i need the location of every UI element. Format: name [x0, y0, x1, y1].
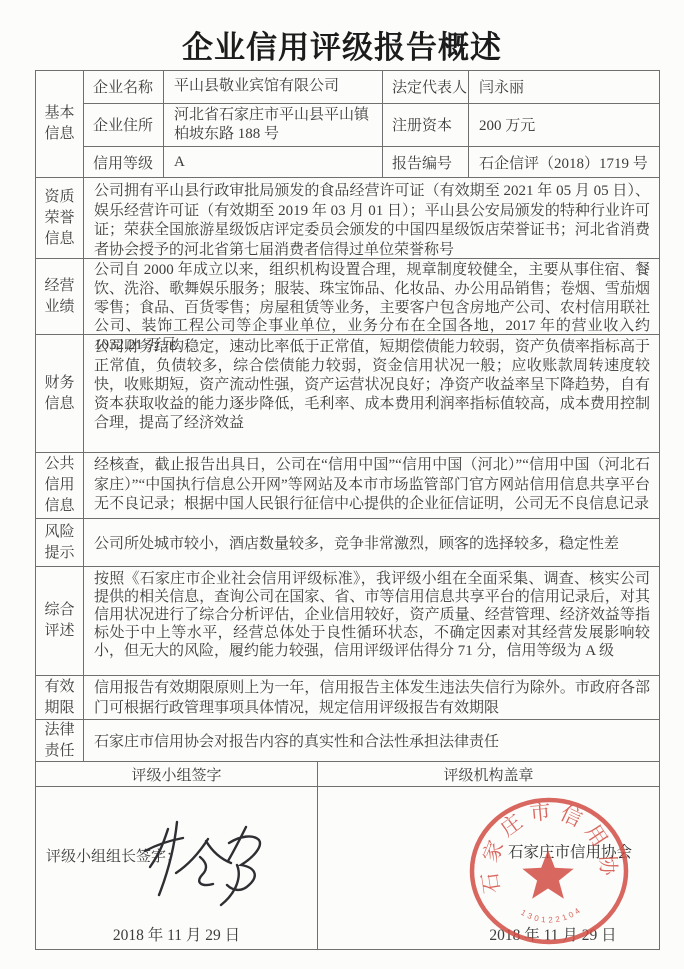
- table-row: 企业名称 平山县敬业宾馆有限公司 法定代表人 闫永丽: [84, 71, 659, 104]
- basic-info-block: 基本信息 企业名称 平山县敬业宾馆有限公司 法定代表人 闫永丽 企业住所 河北省…: [36, 71, 659, 178]
- company-name-label: 企业名称: [84, 71, 164, 103]
- report-page: 企业信用评级报告概述 基本信息 企业名称 平山县敬业宾馆有限公司 法定代表人 闫…: [0, 0, 684, 969]
- report-number-value: 石企信评（2018）1719 号: [469, 147, 659, 177]
- left-date: 2018 年 11 月 29 日: [36, 923, 317, 945]
- basic-info-rows: 企业名称 平山县敬业宾馆有限公司 法定代表人 闫永丽 企业住所 河北省石家庄市平…: [84, 71, 659, 177]
- table-row: 信用等级 A 报告编号 石企信评（2018）1719 号: [84, 147, 659, 177]
- section-qualifications: 资质荣誉信息 公司拥有平山县行政审批局颁发的食品经营许可证（有效期至 2021 …: [36, 178, 659, 259]
- section-label: 综合评述: [36, 567, 84, 675]
- section-validity-period: 有效期限 信用报告有效期限原则上为一年，信用报告主体发生违法失信行为除外。市政府…: [36, 676, 659, 720]
- registered-capital-value: 200 万元: [469, 104, 659, 147]
- company-address-value: 河北省石家庄市平山县平山镇柏坡东路 188 号: [164, 104, 383, 147]
- signature-cell-right: 石家庄市信用协会 2018 年 11 月 29 日 石家庄市信用协会 13012…: [318, 787, 659, 949]
- section-business-performance: 经营业绩 公司自 2000 年成立以来，组织机构设置合理，规章制度较健全，主要从…: [36, 259, 659, 335]
- seal-star-icon: [522, 850, 573, 899]
- table-row: 企业住所 河北省石家庄市平山县平山镇柏坡东路 188 号 注册资本 200 万元: [84, 104, 659, 148]
- signature-cell-left: 评级小组组长签字： 2018 年 11 月 29 日: [36, 787, 318, 949]
- official-seal-icon: 石家庄市信用协会 13012210490: [464, 791, 634, 951]
- rating-team-signature-header: 评级小组签字: [36, 762, 318, 786]
- signature-header-row: 评级小组签字 评级机构盖章: [36, 762, 659, 787]
- section-legal-responsibility: 法律责任 石家庄市信用协会对报告内容的真实性和合法性承担法律责任: [36, 720, 659, 762]
- credit-grade-label: 信用等级: [84, 147, 164, 177]
- section-text: 公司拥有平山县行政审批局颁发的食品经营许可证（有效期至 2021 年 05 月 …: [84, 178, 659, 258]
- section-label: 财务信息: [36, 335, 84, 452]
- company-address-label: 企业住所: [84, 104, 164, 147]
- section-label: 风险提示: [36, 519, 84, 566]
- section-text: 公司自 2000 年成立以来，组织机构设置合理，规章制度较健全，主要从事住宿、餐…: [84, 259, 659, 334]
- section-label: 经营业绩: [36, 259, 84, 334]
- section-comprehensive-review: 综合评述 按照《石家庄市企业社会信用评级标准》，我评级小组在全面采集、调查、核实…: [36, 567, 659, 676]
- registered-capital-label: 注册资本: [383, 104, 469, 147]
- section-financial-info: 财务信息 公司财务结构稳定，速动比率低于正常值，短期偿债能力较弱，资产负债率指标…: [36, 335, 659, 453]
- report-number-label: 报告编号: [383, 147, 469, 177]
- section-text: 石家庄市信用协会对报告内容的真实性和合法性承担法律责任: [84, 720, 659, 761]
- section-text: 经核查，截止报告出具日，公司在“信用中国”“信用中国（河北）”“信用中国（河北石…: [84, 453, 659, 518]
- company-name-value: 平山县敬业宾馆有限公司: [164, 71, 383, 103]
- section-text: 按照《石家庄市企业社会信用评级标准》，我评级小组在全面采集、调查、核实公司提供的…: [84, 567, 659, 675]
- section-label: 有效期限: [36, 676, 84, 719]
- section-text: 信用报告有效期限原则上为一年，信用报告主体发生违法失信行为除外。市政府各部门可根…: [84, 676, 659, 719]
- section-text: 公司所处城市较小，酒店数量较多，竞争非常激烈，顾客的选择较多，稳定性差: [84, 519, 659, 566]
- section-label: 法律责任: [36, 720, 84, 761]
- section-public-credit-info: 公共信用信息 经核查，截止报告出具日，公司在“信用中国”“信用中国（河北）”“信…: [36, 453, 659, 519]
- section-label-basic-info: 基本信息: [36, 71, 84, 177]
- report-table: 基本信息 企业名称 平山县敬业宾馆有限公司 法定代表人 闫永丽 企业住所 河北省…: [35, 70, 660, 950]
- page-title: 企业信用评级报告概述: [0, 22, 684, 67]
- credit-grade-value: A: [164, 147, 383, 177]
- legal-rep-label: 法定代表人: [383, 71, 469, 103]
- signature-area: 评级小组组长签字： 2018 年 11 月 29 日: [36, 787, 659, 949]
- legal-rep-value: 闫永丽: [469, 71, 659, 103]
- section-label: 资质荣誉信息: [36, 178, 84, 258]
- rating-agency-seal-header: 评级机构盖章: [318, 762, 659, 786]
- section-label: 公共信用信息: [36, 453, 84, 518]
- section-text: 公司财务结构稳定，速动比率低于正常值，短期偿债能力较弱，资产负债率指标高于正常值…: [84, 335, 659, 452]
- handwritten-signature: [136, 815, 276, 915]
- section-risk-warning: 风险提示 公司所处城市较小，酒店数量较多，竞争非常激烈，顾客的选择较多，稳定性差: [36, 519, 659, 567]
